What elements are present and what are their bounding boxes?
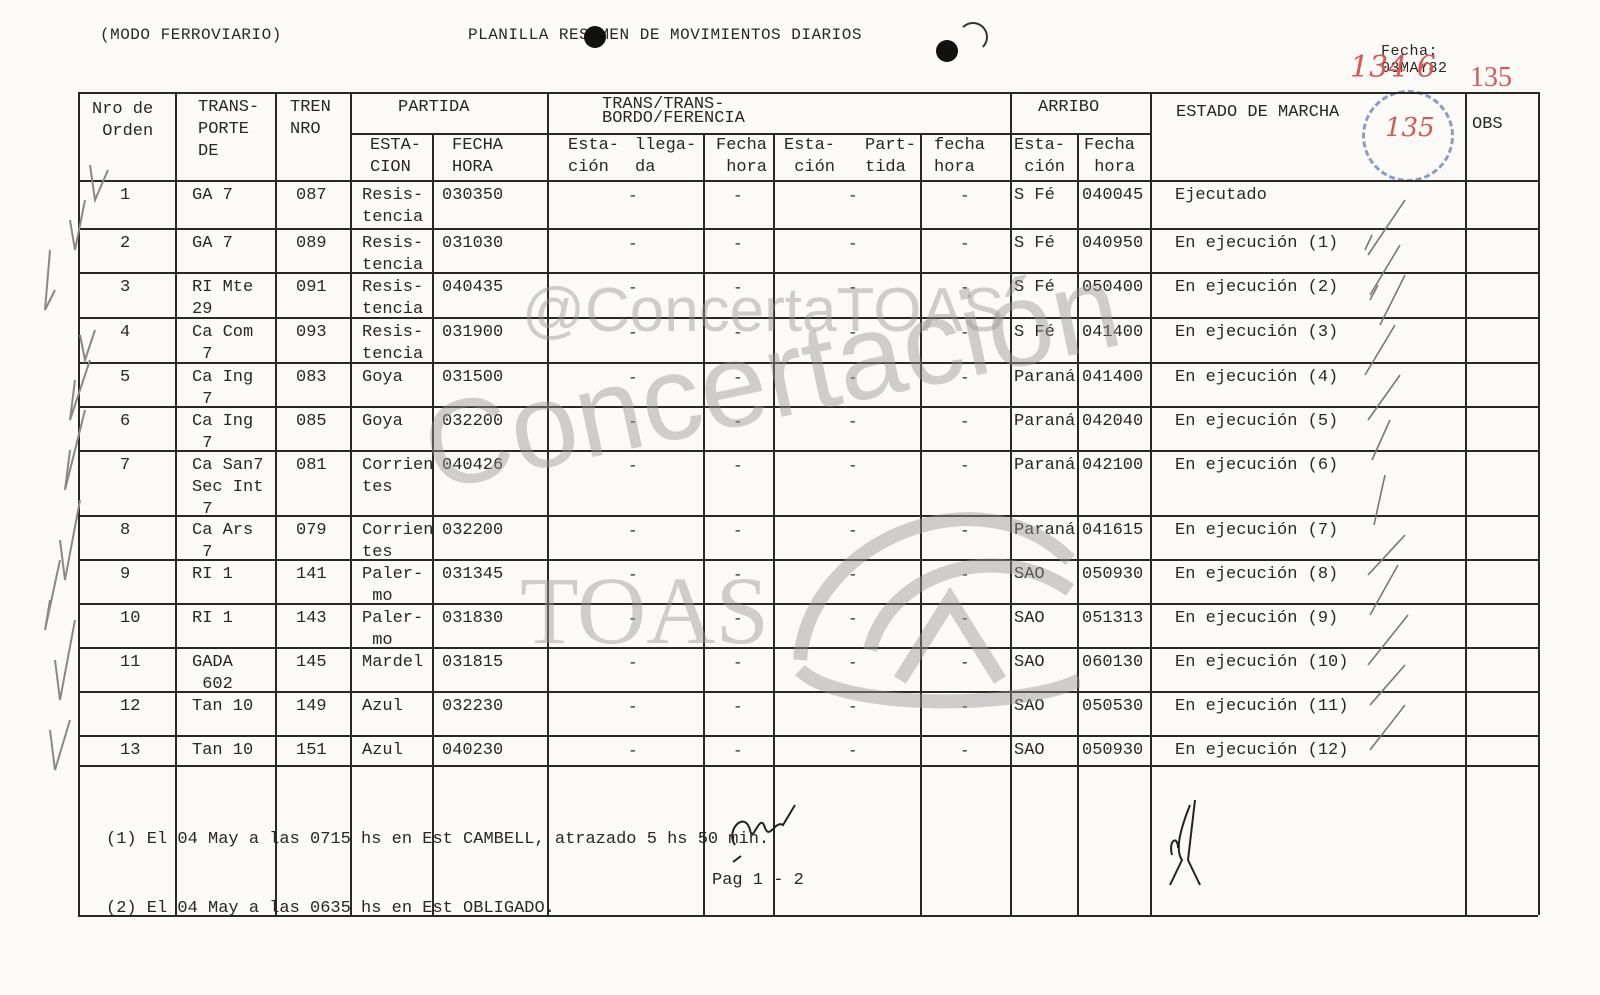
cell-orden: 8 [120, 520, 130, 542]
empty-mark: - [628, 610, 638, 628]
grid-line [78, 450, 1538, 452]
grid-line [78, 272, 1538, 274]
cell-orden: 12 [120, 696, 140, 718]
cell-orden: 6 [120, 411, 130, 433]
cell-arribo-fecha: 042040 [1082, 411, 1143, 433]
grid-line [78, 180, 1538, 182]
empty-mark: - [960, 742, 970, 760]
cell-fecha: 031500 [442, 367, 503, 389]
cell-arribo-est: S Fé [1014, 277, 1055, 299]
punch-hole [584, 26, 606, 48]
cell-transporte: RI 1 [192, 564, 233, 586]
empty-mark: - [960, 522, 970, 540]
cell-estacion: Resis- tencia [362, 322, 423, 366]
cell-fecha: 040230 [442, 740, 503, 762]
empty-mark: - [848, 610, 858, 628]
empty-mark: - [848, 522, 858, 540]
empty-mark: - [960, 187, 970, 205]
empty-mark: - [960, 457, 970, 475]
cell-fecha: 032200 [442, 520, 503, 542]
punch-hole-outline [958, 22, 988, 52]
cell-estado: En ejecución (9) [1175, 608, 1338, 630]
grid-line [78, 515, 1538, 517]
cell-tren: 093 [296, 322, 327, 344]
empty-mark: - [628, 369, 638, 387]
mode-label: (MODO FERROVIARIO) [100, 26, 282, 44]
signature-right [1160, 800, 1220, 890]
cell-fecha: 030350 [442, 185, 503, 207]
grid-line [78, 647, 1538, 649]
cell-orden: 1 [120, 185, 130, 207]
header-tb-estacion: Esta- ción [568, 135, 619, 179]
cell-estacion: Corrien tes [362, 455, 433, 499]
cell-estado: En ejecución (6) [1175, 455, 1338, 477]
cell-arribo-est: Paraná [1014, 455, 1075, 477]
empty-mark: - [733, 279, 743, 297]
empty-mark: - [848, 566, 858, 584]
cell-arribo-fecha: 051313 [1082, 608, 1143, 630]
cell-orden: 7 [120, 455, 130, 477]
cell-estado: En ejecución (3) [1175, 322, 1338, 344]
cell-fecha: 031030 [442, 233, 503, 255]
grid-line [78, 735, 1538, 737]
official-stamp: 135 [1362, 90, 1454, 182]
empty-mark: - [960, 566, 970, 584]
empty-mark: - [733, 742, 743, 760]
footnote-2: (2) El 04 May a las 0635 hs en Est OBLIG… [106, 897, 769, 920]
footnotes: (1) El 04 May a las 0715 hs en Est CAMBE… [106, 782, 769, 943]
grid-line [1010, 92, 1012, 915]
grid-line [78, 765, 1538, 767]
empty-mark: - [628, 566, 638, 584]
empty-mark: - [628, 654, 638, 672]
cell-fecha: 031345 [442, 564, 503, 586]
cell-estacion: Goya [362, 411, 403, 433]
empty-mark: - [848, 654, 858, 672]
cell-fecha: 040435 [442, 277, 503, 299]
cell-arribo-est: S Fé [1014, 185, 1055, 207]
cell-tren: 141 [296, 564, 327, 586]
empty-mark: - [733, 235, 743, 253]
cell-fecha: 032230 [442, 696, 503, 718]
cell-estado: En ejecución (1) [1175, 233, 1338, 255]
empty-mark: - [960, 610, 970, 628]
cell-tren: 143 [296, 608, 327, 630]
cell-tren: 151 [296, 740, 327, 762]
cell-estacion: Corrien tes [362, 520, 433, 564]
cell-arribo-fecha: 060130 [1082, 652, 1143, 674]
empty-mark: - [960, 235, 970, 253]
cell-tren: 089 [296, 233, 327, 255]
cell-orden: 4 [120, 322, 130, 344]
header-arribo-estacion: Esta- ción [1014, 135, 1065, 179]
pencil-checkmarks-left [30, 160, 110, 800]
header-tb-fecha1: Fecha hora [716, 135, 767, 179]
cell-arribo-fecha: 041400 [1082, 367, 1143, 389]
empty-mark: - [733, 413, 743, 431]
cell-estado: En ejecución (10) [1175, 652, 1348, 674]
cell-transporte: Ca Ing 7 [192, 367, 253, 411]
grid-line [1465, 92, 1467, 915]
cell-arribo-est: Paraná [1014, 411, 1075, 433]
cell-arribo-est: S Fé [1014, 233, 1055, 255]
empty-mark: - [733, 610, 743, 628]
cell-transporte: GA 7 [192, 233, 233, 255]
empty-mark: - [733, 324, 743, 342]
cell-transporte: GA 7 [192, 185, 233, 207]
header-tb-fecha2: fecha hora [934, 135, 985, 179]
cell-arribo-fecha: 041400 [1082, 322, 1143, 344]
cell-arribo-est: S Fé [1014, 322, 1055, 344]
cell-orden: 11 [120, 652, 140, 674]
cell-estado: En ejecución (8) [1175, 564, 1338, 586]
cell-arribo-est: SAO [1014, 564, 1045, 586]
empty-mark: - [628, 698, 638, 716]
cell-arribo-est: Paraná [1014, 520, 1075, 542]
page-number: Pag 1 - 2 [712, 870, 804, 892]
empty-mark: - [628, 742, 638, 760]
cell-transporte: RI Mte 29 [192, 277, 253, 321]
header-obs: OBS [1472, 114, 1503, 136]
empty-mark: - [733, 698, 743, 716]
grid-line [78, 92, 1538, 94]
cell-arribo-fecha: 040045 [1082, 185, 1143, 207]
empty-mark: - [733, 369, 743, 387]
header-arribo-fecha: Fecha hora [1084, 135, 1135, 179]
cell-estacion: Mardel [362, 652, 423, 674]
grid-line [78, 228, 1538, 230]
cell-estacion: Paler- mo [362, 608, 423, 652]
empty-mark: - [848, 369, 858, 387]
pencil-checkmarks-right [1360, 195, 1420, 765]
empty-mark: - [628, 324, 638, 342]
cell-estacion: Goya [362, 367, 403, 389]
cell-tren: 091 [296, 277, 327, 299]
cell-fecha: 032200 [442, 411, 503, 433]
cell-arribo-est: SAO [1014, 608, 1045, 630]
cell-estacion: Resis- tencia [362, 185, 423, 229]
grid-line [1077, 133, 1079, 915]
cell-orden: 2 [120, 233, 130, 255]
cell-estado: Ejecutado [1175, 185, 1267, 207]
grid-line [78, 559, 1538, 561]
cell-arribo-fecha: 050400 [1082, 277, 1143, 299]
empty-mark: - [733, 187, 743, 205]
cell-tren: 085 [296, 411, 327, 433]
cell-fecha: 040426 [442, 455, 503, 477]
header-orden: Nro de Orden [92, 99, 153, 143]
cell-estado: En ejecución (7) [1175, 520, 1338, 542]
folio-stamped: 135 [1470, 62, 1512, 94]
header-transporte: TRANS- PORTE DE [198, 97, 259, 163]
cell-transporte: GADA 602 [192, 652, 233, 696]
cell-estacion: Resis- tencia [362, 233, 423, 277]
empty-mark: - [848, 742, 858, 760]
header-tb-partida: Part- tida [865, 135, 916, 179]
empty-mark: - [848, 279, 858, 297]
cell-orden: 5 [120, 367, 130, 389]
empty-mark: - [628, 457, 638, 475]
header-arribo: ARRIBO [1038, 97, 1099, 119]
cell-fecha: 031815 [442, 652, 503, 674]
cell-estacion: Resis- tencia [362, 277, 423, 321]
cell-tren: 087 [296, 185, 327, 207]
empty-mark: - [848, 457, 858, 475]
cell-arribo-est: SAO [1014, 652, 1045, 674]
empty-mark: - [733, 457, 743, 475]
empty-mark: - [848, 413, 858, 431]
grid-line [78, 92, 80, 915]
cell-orden: 3 [120, 277, 130, 299]
stamp-number: 135 [1385, 113, 1435, 143]
cell-transporte: Ca Ing 7 [192, 411, 253, 455]
cell-estacion: Azul [362, 696, 403, 718]
cell-arribo-fecha: 050930 [1082, 564, 1143, 586]
cell-arribo-fecha: 042100 [1082, 455, 1143, 477]
cell-tren: 081 [296, 455, 327, 477]
cell-tren: 083 [296, 367, 327, 389]
empty-mark: - [960, 413, 970, 431]
cell-transporte: Ca Ars 7 [192, 520, 253, 564]
cell-arribo-est: SAO [1014, 696, 1045, 718]
cell-tren: 079 [296, 520, 327, 542]
header-tb-llegada: llega- da [635, 135, 696, 179]
cell-estado: En ejecución (12) [1175, 740, 1348, 762]
empty-mark: - [960, 324, 970, 342]
empty-mark: - [960, 369, 970, 387]
header-tren: TREN NRO [290, 97, 331, 141]
cell-estado: En ejecución (11) [1175, 696, 1348, 718]
cell-arribo-est: Paraná [1014, 367, 1075, 389]
grid-line [78, 603, 1538, 605]
cell-transporte: Ca Com 7 [192, 322, 253, 366]
header-partida: PARTIDA [398, 97, 469, 119]
watermark-toas: TOAS [520, 555, 769, 666]
empty-mark: - [960, 698, 970, 716]
cell-arribo-fecha: 040950 [1082, 233, 1143, 255]
watermark-handle: @ConcertaTOAS [522, 275, 1004, 346]
footnote-1: (1) El 04 May a las 0715 hs en Est CAMBE… [106, 828, 769, 851]
grid-line [78, 317, 1538, 319]
cell-transporte: Ca San7 Sec Int 7 [192, 455, 263, 521]
empty-mark: - [733, 566, 743, 584]
cell-estacion: Azul [362, 740, 403, 762]
cell-orden: 13 [120, 740, 140, 762]
cell-orden: 9 [120, 564, 130, 586]
cell-arribo-fecha: 050930 [1082, 740, 1143, 762]
cell-tren: 149 [296, 696, 327, 718]
grid-line [1150, 92, 1152, 915]
cell-tren: 145 [296, 652, 327, 674]
empty-mark: - [628, 522, 638, 540]
cell-arribo-fecha: 041615 [1082, 520, 1143, 542]
grid-line [78, 406, 1538, 408]
empty-mark: - [733, 522, 743, 540]
empty-mark: - [733, 654, 743, 672]
grid-line [78, 362, 1538, 364]
cell-fecha: 031830 [442, 608, 503, 630]
grid-line [920, 133, 922, 915]
header-partida-estacion: ESTA- CION [370, 135, 421, 179]
cell-fecha: 031900 [442, 322, 503, 344]
cell-estacion: Paler- mo [362, 564, 423, 608]
header-tb-estacion2: Esta- ción [784, 135, 835, 179]
cell-orden: 10 [120, 608, 140, 630]
grid-line [1538, 92, 1540, 915]
cell-arribo-est: SAO [1014, 740, 1045, 762]
grid-line [773, 133, 775, 915]
empty-mark: - [628, 413, 638, 431]
cell-estado: En ejecución (2) [1175, 277, 1338, 299]
punch-hole [936, 40, 958, 62]
header-partida-fecha: FECHA HORA [452, 135, 503, 179]
empty-mark: - [628, 187, 638, 205]
cell-transporte: Tan 10 [192, 740, 253, 762]
header-transbordo: TRANS/TRANS- BORDO/FERENCIA [602, 98, 745, 126]
cell-estado: En ejecución (5) [1175, 411, 1338, 433]
cell-estado: En ejecución (4) [1175, 367, 1338, 389]
cell-transporte: Tan 10 [192, 696, 253, 718]
empty-mark: - [960, 654, 970, 672]
empty-mark: - [848, 235, 858, 253]
empty-mark: - [848, 698, 858, 716]
folio-handwritten: 134 6 [1350, 50, 1436, 85]
header-estado: ESTADO DE MARCHA [1176, 102, 1339, 124]
empty-mark: - [628, 235, 638, 253]
cell-arribo-fecha: 050530 [1082, 696, 1143, 718]
empty-mark: - [848, 187, 858, 205]
cell-transporte: RI 1 [192, 608, 233, 630]
grid-line [78, 691, 1538, 693]
empty-mark: - [960, 279, 970, 297]
empty-mark: - [848, 324, 858, 342]
document-title: PLANILLA RESUMEN DE MOVIMIENTOS DIARIOS [468, 26, 862, 44]
empty-mark: - [628, 279, 638, 297]
